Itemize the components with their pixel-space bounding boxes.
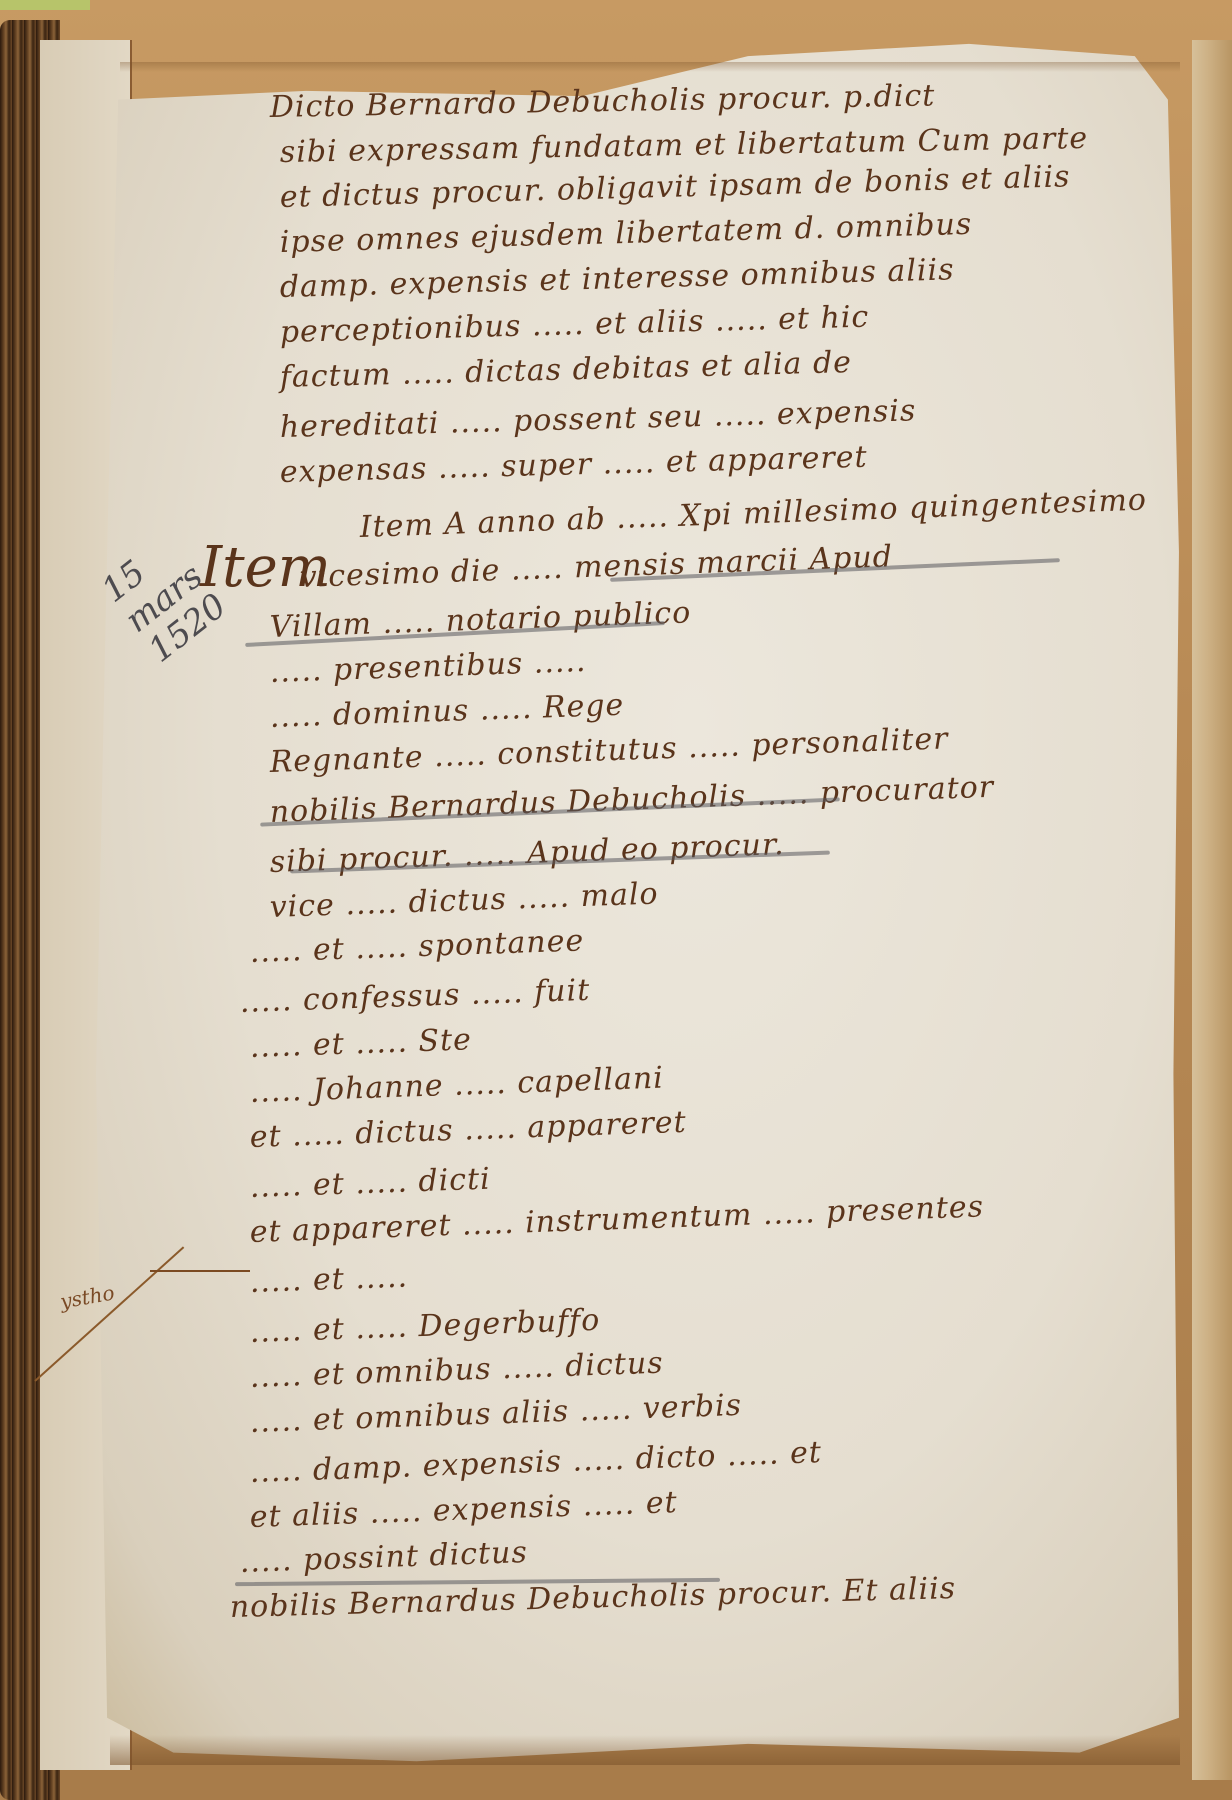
page-bottom-edge — [110, 1735, 1180, 1765]
page-top-edge — [120, 62, 1180, 72]
text-line: ..... et ..... — [249, 1259, 409, 1312]
manuscript-body: Dicto Bernardo Debucholis procur. p.dict… — [270, 90, 1230, 1610]
margin-dash-stroke — [150, 1270, 250, 1272]
backdrop-corner — [0, 0, 90, 10]
